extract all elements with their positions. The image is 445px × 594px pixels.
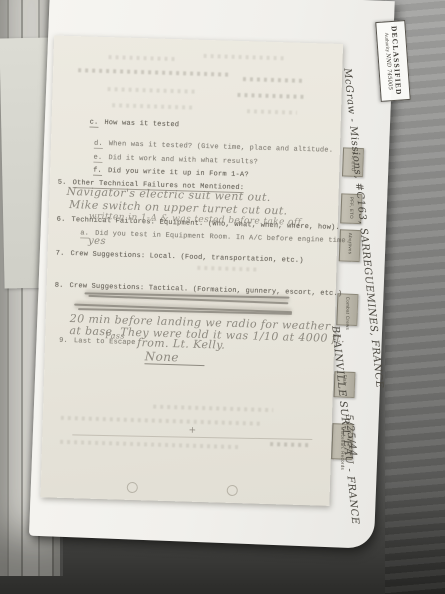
handwritten-note-yes: yes <box>88 236 106 248</box>
ghost-typing <box>61 416 261 426</box>
folder-tab: Combat Crews <box>336 293 358 326</box>
ghost-typing <box>243 77 303 83</box>
photo-scene: McGraw - Missions, #C163, SARREGUEMINES,… <box>0 0 445 594</box>
section-9-heading: 9. Last to Escape <box>59 337 136 347</box>
file-folder: McGraw - Missions, #C163, SARREGUEMINES,… <box>29 0 395 549</box>
ghost-typing <box>108 55 178 61</box>
margin-annotation-line1: McGraw - Missions, #C163, SARREGUEMINES,… <box>341 68 384 389</box>
ghost-typing <box>204 54 284 60</box>
ghost-typing <box>78 68 228 76</box>
ghost-typing <box>237 93 307 99</box>
faint-pencil-marks <box>197 266 257 272</box>
hole-punch-circle <box>127 482 138 493</box>
ghost-typing <box>153 405 273 413</box>
question-line-c: c. How was it tested <box>89 119 179 131</box>
question-line-d: d. When was it tested? (Give time, place… <box>94 140 333 156</box>
hole-punch-circle <box>227 485 238 496</box>
question-line-f: f. Did you write it up in Form 1-A? <box>93 167 249 181</box>
ghost-typing <box>112 103 192 109</box>
section-7-heading: 7. Crew Suggestions: Local. (Food, trans… <box>56 250 304 265</box>
ghost-typing <box>108 87 198 94</box>
document-page: c. How was it tested d. When was it test… <box>40 35 343 505</box>
handwritten-note-none: None <box>144 349 205 365</box>
ghost-pencil-marks <box>270 442 310 447</box>
question-line-6a: a. Did you test in Equipment Room. In A/… <box>80 229 350 246</box>
ghost-pencil-marks <box>60 440 240 449</box>
question-line-e: e. Did it work and with what results? <box>93 154 258 168</box>
ghost-typing <box>247 109 297 114</box>
registration-mark: + <box>188 426 196 436</box>
folder-tab-label: PFF, ETO <box>349 197 354 219</box>
folder-tab-label: Combat Crews <box>345 297 350 330</box>
declassified-stamp: DECLASSIFIED Authority NND 745005 <box>375 20 411 102</box>
